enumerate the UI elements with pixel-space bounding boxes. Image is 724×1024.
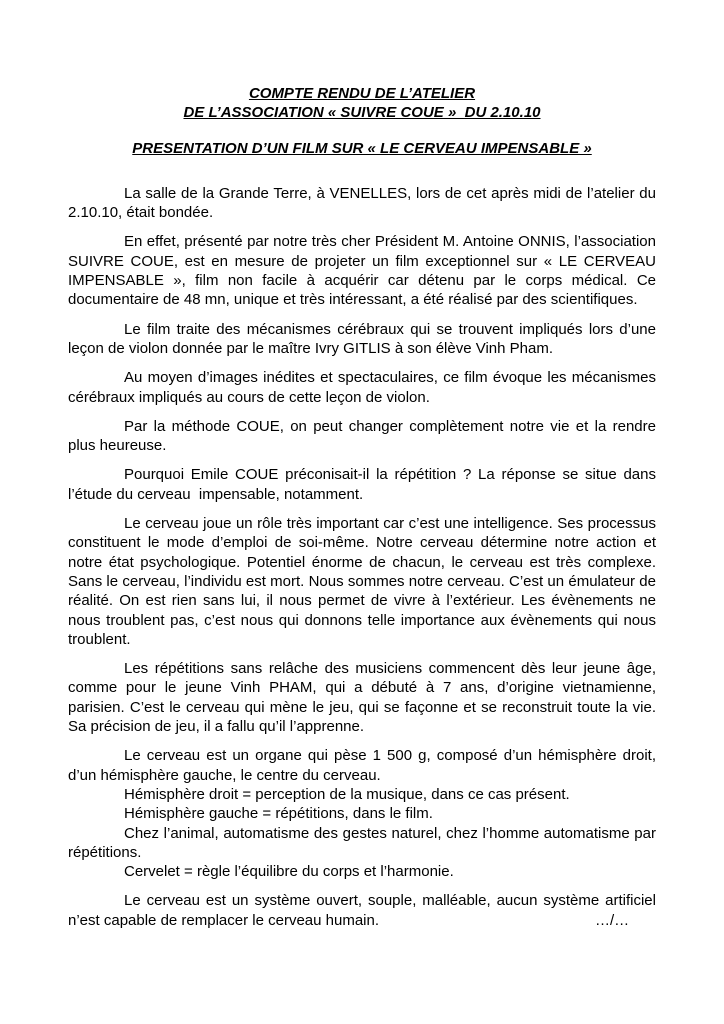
paragraph: Le cerveau est un système ouvert, souple… (68, 891, 656, 930)
paragraph: Le cerveau est un organe qui pèse 1 500 … (68, 746, 656, 785)
paragraph: Pourquoi Emile COUE préconisait-il la ré… (68, 465, 656, 504)
paragraph: Le film traite des mécanismes cérébraux … (68, 320, 656, 359)
document-subtitle: PRESENTATION D’UN FILM SUR « LE CERVEAU … (68, 139, 656, 158)
document-title-line-1: COMPTE RENDU DE L’ATELIER (68, 84, 656, 103)
paragraph: Cervelet = règle l’équilibre du corps et… (68, 862, 656, 881)
paragraph: Chez l’animal, automatisme des gestes na… (68, 824, 656, 863)
continuation-mark: …/… (539, 911, 629, 930)
paragraph: Hémisphère gauche = répétitions, dans le… (68, 804, 656, 823)
document-header: COMPTE RENDU DE L’ATELIER DE L’ASSOCIATI… (68, 84, 656, 158)
document-page: COMPTE RENDU DE L’ATELIER DE L’ASSOCIATI… (0, 0, 724, 1024)
paragraph: Par la méthode COUE, on peut changer com… (68, 417, 656, 456)
paragraph: Hémisphère droit = perception de la musi… (68, 785, 656, 804)
paragraph: Le cerveau joue un rôle très important c… (68, 514, 656, 649)
document-title-line-2: DE L’ASSOCIATION « SUIVRE COUE » DU 2.10… (68, 103, 656, 122)
paragraph: En effet, présenté par notre très cher P… (68, 232, 656, 309)
paragraph: Les répétitions sans relâche des musicie… (68, 659, 656, 736)
paragraph: Au moyen d’images inédites et spectacula… (68, 368, 656, 407)
paragraph: La salle de la Grande Terre, à VENELLES,… (68, 184, 656, 223)
